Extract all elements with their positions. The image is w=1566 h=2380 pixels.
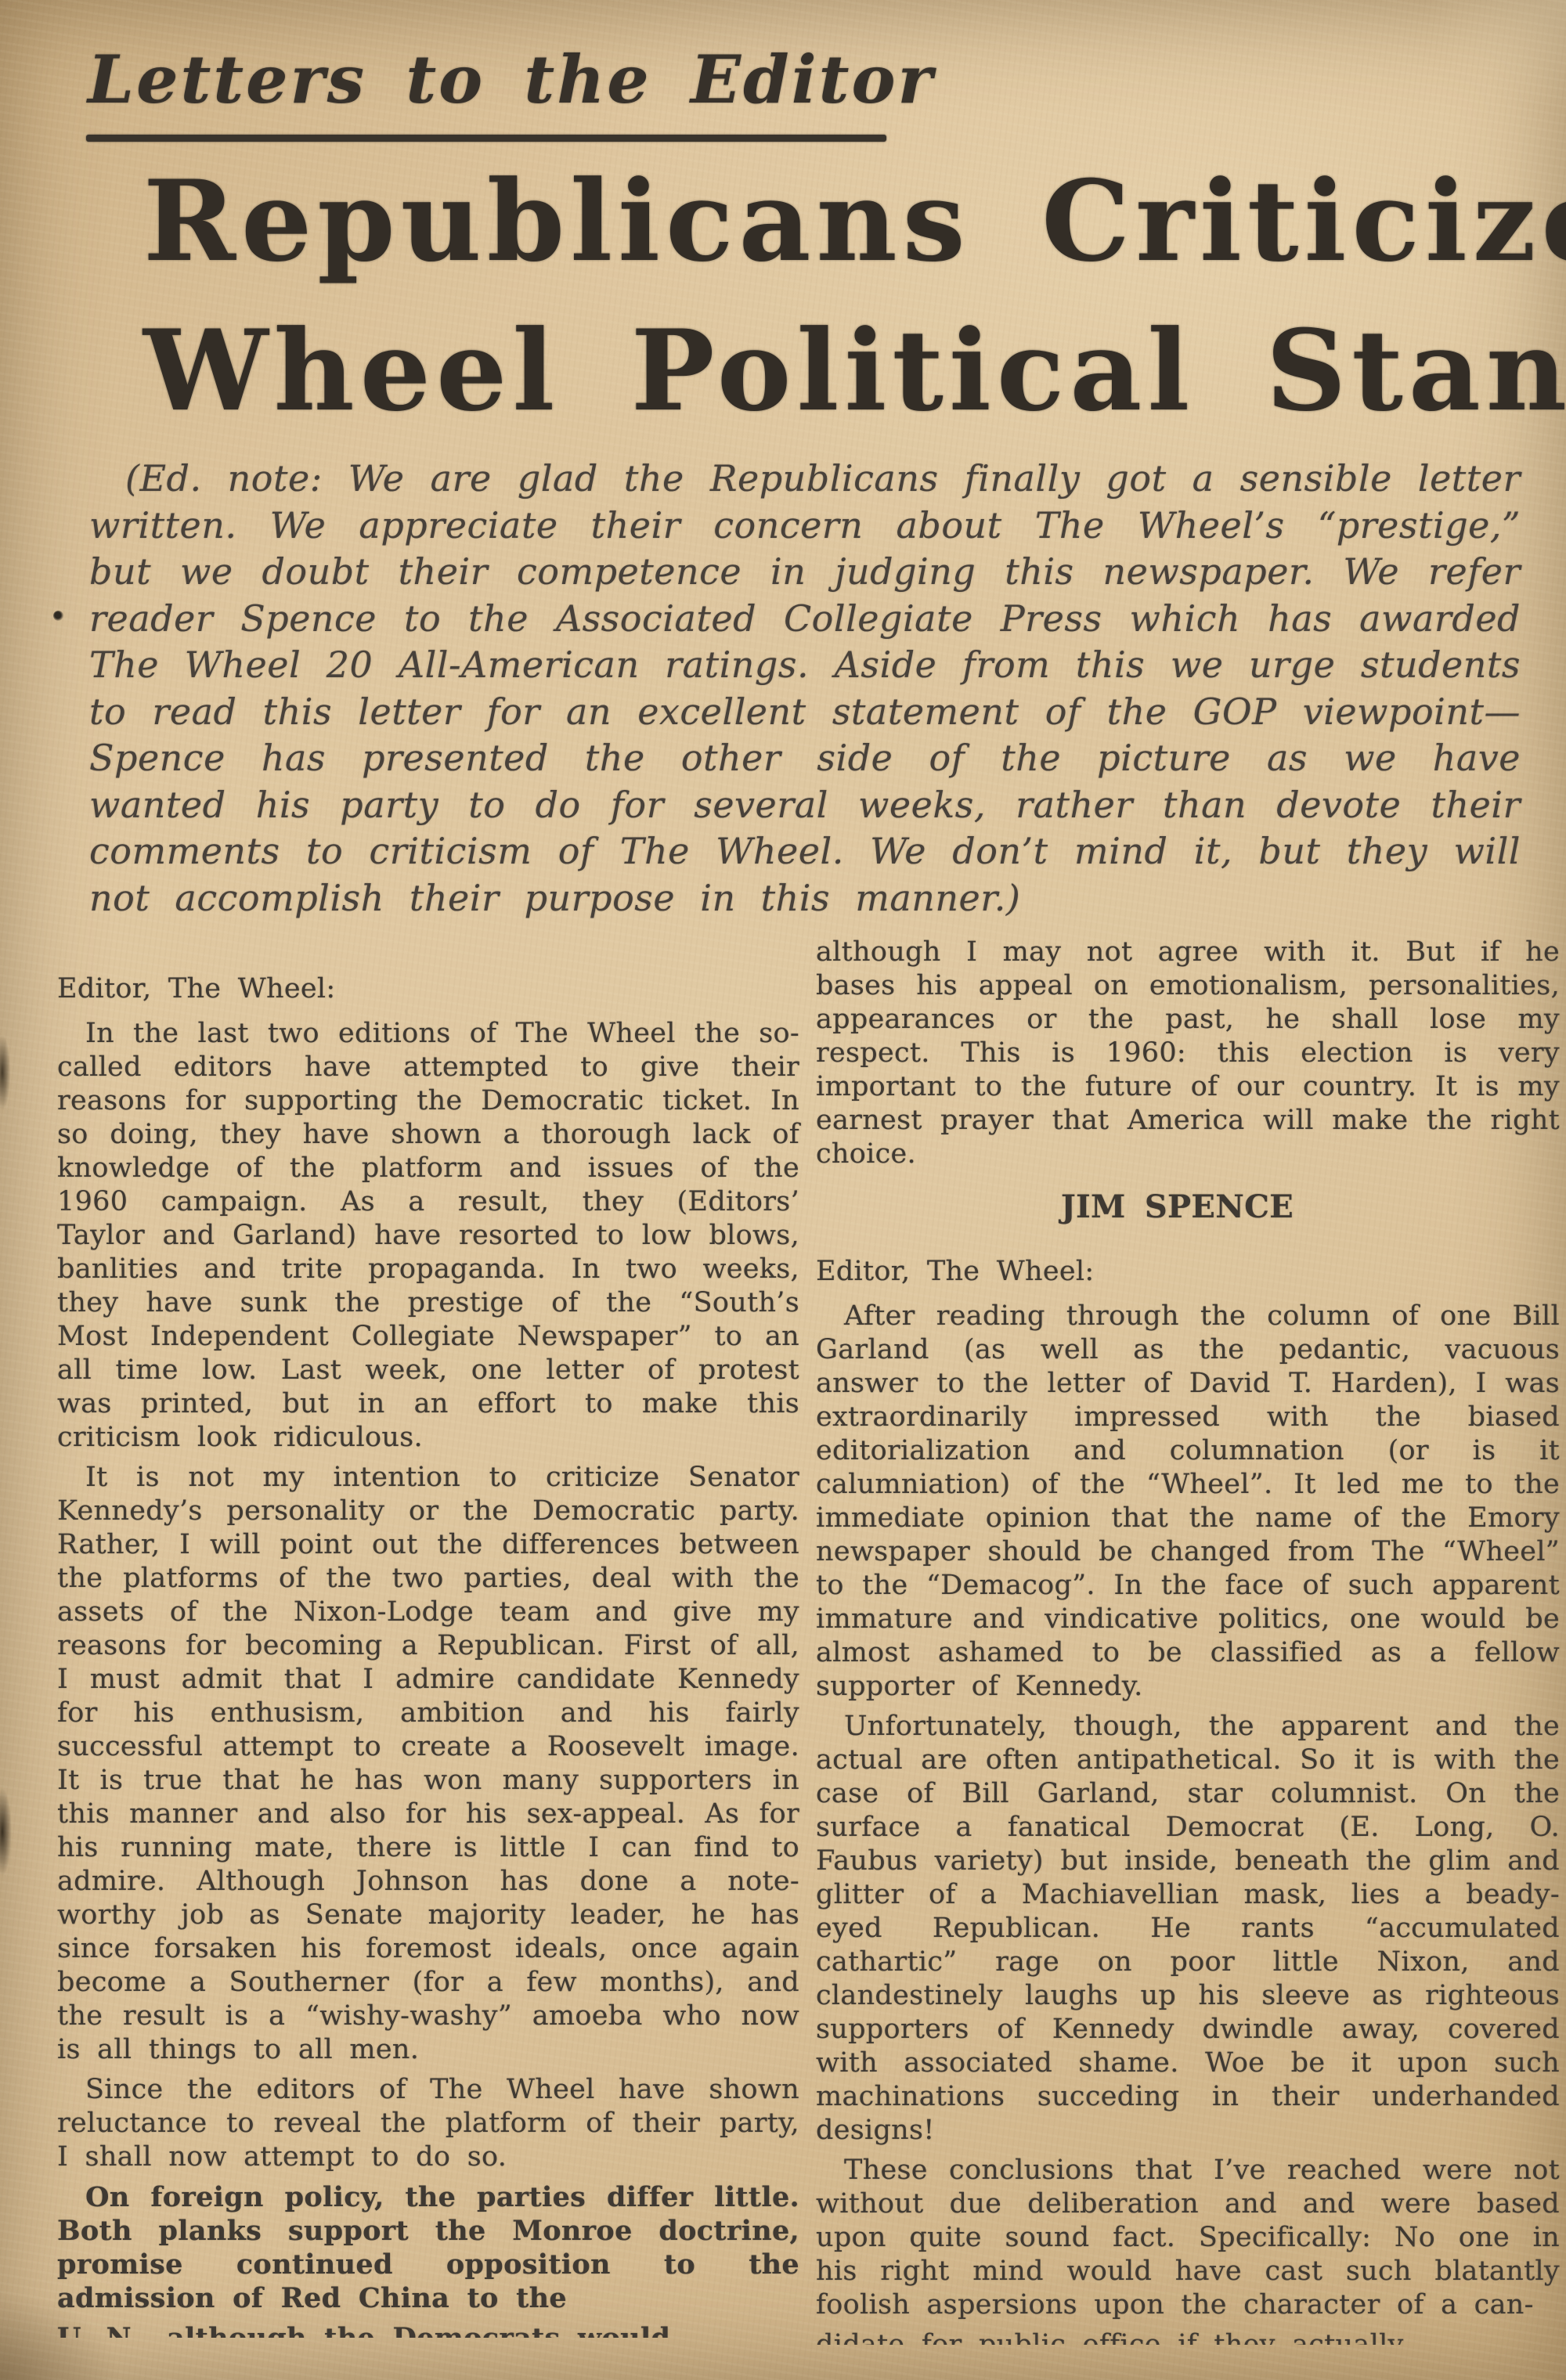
paragraph-bold: On foreign policy, the parties differ li… bbox=[57, 2180, 799, 2315]
headline-line-1: Republicans Criticize bbox=[143, 147, 1566, 297]
right-column: although I may not agree with it. But if… bbox=[816, 936, 1560, 2345]
clipped-line-container: U. N., although the Democrats would bbox=[57, 2321, 799, 2338]
letter-salutation: Editor, The Wheel: bbox=[57, 972, 799, 1006]
paragraph: These conclusions that I’ve reached were… bbox=[816, 2154, 1560, 2322]
ink-speck bbox=[53, 611, 63, 621]
paragraph: Since the editors of The Wheel have show… bbox=[57, 2073, 799, 2174]
clipped-line-container: didate for public office if they actuall… bbox=[816, 2328, 1560, 2345]
section-title: Letters to the Editor bbox=[88, 41, 935, 118]
letter-signature: JIM SPENCE bbox=[816, 1190, 1560, 1224]
letter-salutation: Editor, The Wheel: bbox=[816, 1255, 1560, 1289]
newspaper-clipping: Letters to the Editor Republicans Critic… bbox=[0, 0, 1566, 2380]
paragraph: In the last two editions of The Wheel th… bbox=[57, 1017, 799, 1455]
paragraph: It is not my intention to criticize Sena… bbox=[57, 1461, 799, 2067]
clipped-line: U. N., although the Democrats would bbox=[57, 2321, 799, 2338]
paragraph: After reading through the column of one … bbox=[816, 1300, 1560, 1704]
edge-ink-smudge bbox=[0, 1026, 13, 1120]
editor-note: (Ed. note: We are glad the Republicans f… bbox=[89, 456, 1521, 921]
left-column: Editor, The Wheel: In the last two editi… bbox=[57, 972, 799, 2338]
paragraph: Unfortunately, though, the apparent and … bbox=[816, 1710, 1560, 2147]
paragraph-continuation: although I may not agree with it. But if… bbox=[816, 936, 1560, 1171]
clipped-line: didate for public office if they actuall… bbox=[816, 2328, 1560, 2345]
headline-line-2: Wheel Political Stand bbox=[143, 297, 1566, 446]
edge-ink-smudge bbox=[0, 1777, 14, 1887]
headline: Republicans Criticize Wheel Political St… bbox=[143, 147, 1566, 446]
section-title-underline bbox=[86, 135, 886, 142]
